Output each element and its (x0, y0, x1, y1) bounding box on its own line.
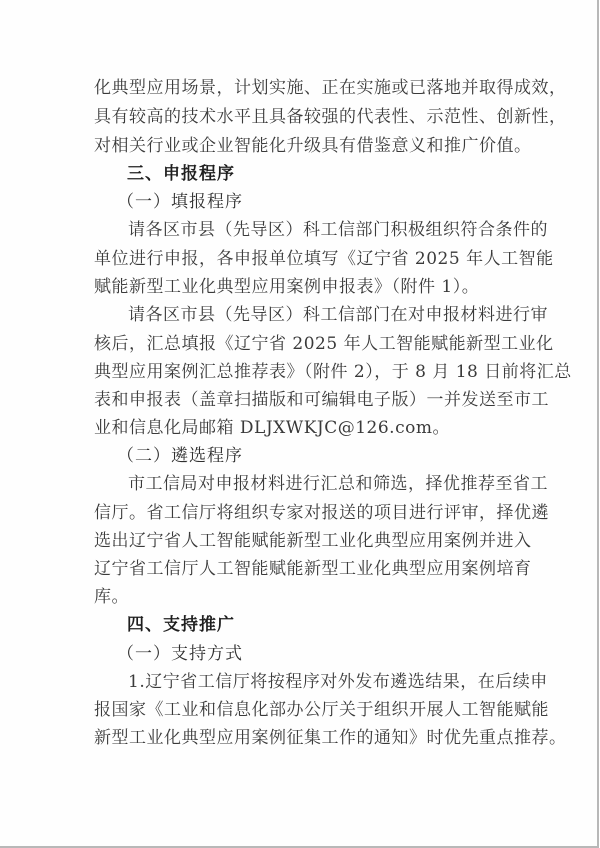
section-heading-application-procedure: 三、申报程序 (127, 161, 235, 187)
section-heading-support-promotion: 四、支持推广 (127, 612, 235, 638)
paragraph-line: 辽宁省工信厅人工智能赋能新型工业化典型应用案例培育 (94, 557, 514, 581)
paragraph-line: 单位进行申报，各申报单位填写《辽宁省 2025 年人工智能 (94, 247, 514, 271)
subsection-heading-selection-procedure: （二）遴选程序 (117, 444, 243, 468)
paragraph-line: 核后，汇总填报《辽宁省 2025 年人工智能赋能新型工业化 (94, 332, 514, 356)
document-page: 化典型应用场景，计划实施、正在实施或已落地并取得成效， 具有较高的技术水平且具备… (0, 0, 599, 848)
subsection-heading-support-methods: （一）支持方式 (117, 642, 243, 666)
paragraph-line: 表和申报表（盖章扫描版和可编辑电子版）一并发送至市工 (94, 388, 514, 412)
paragraph-line: 报国家《工业和信息化部办公厅关于组织开展人工智能赋能 (94, 698, 514, 722)
paragraph-line: 典型应用案例汇总推荐表》（附件 2），于 8 月 18 日前将汇总 (94, 360, 514, 384)
subsection-heading-filling-procedure: （一）填报程序 (117, 190, 243, 214)
paragraph-line: 市工信局对申报材料进行汇总和筛选，择优推荐至省工 (128, 472, 514, 496)
paragraph-line: 1.辽宁省工信厅将按程序对外发布遴选结果，在后续申 (128, 670, 514, 694)
paragraph-line: 库。 (94, 585, 514, 609)
paragraph-line: 具有较高的技术水平且具备较强的代表性、示范性、创新性， (94, 105, 514, 129)
paragraph-line: 信厅。省工信厅将组织专家对报送的项目进行评审，择优遴 (94, 501, 514, 525)
paragraph-line: 对相关行业或企业智能化升级具有借鉴意义和推广价值。 (94, 134, 514, 158)
paragraph-line: 赋能新型工业化典型应用案例申报表》（附件 1）。 (94, 275, 514, 299)
paragraph-line-email: 业和信息化局邮箱 DLJXWKJC@126.com。 (94, 416, 514, 440)
paragraph-line: 请各区市县（先导区）科工信部门积极组织符合条件的 (128, 218, 514, 242)
paragraph-line: 请各区市县（先导区）科工信部门在对申报材料进行审 (128, 303, 514, 327)
paragraph-line: 新型工业化典型应用案例征集工作的通知》时优先重点推荐。 (94, 726, 526, 750)
paragraph-line: 选出辽宁省人工智能赋能新型工业化典型应用案例并进入 (94, 529, 514, 553)
paragraph-line: 化典型应用场景，计划实施、正在实施或已落地并取得成效， (94, 76, 514, 100)
